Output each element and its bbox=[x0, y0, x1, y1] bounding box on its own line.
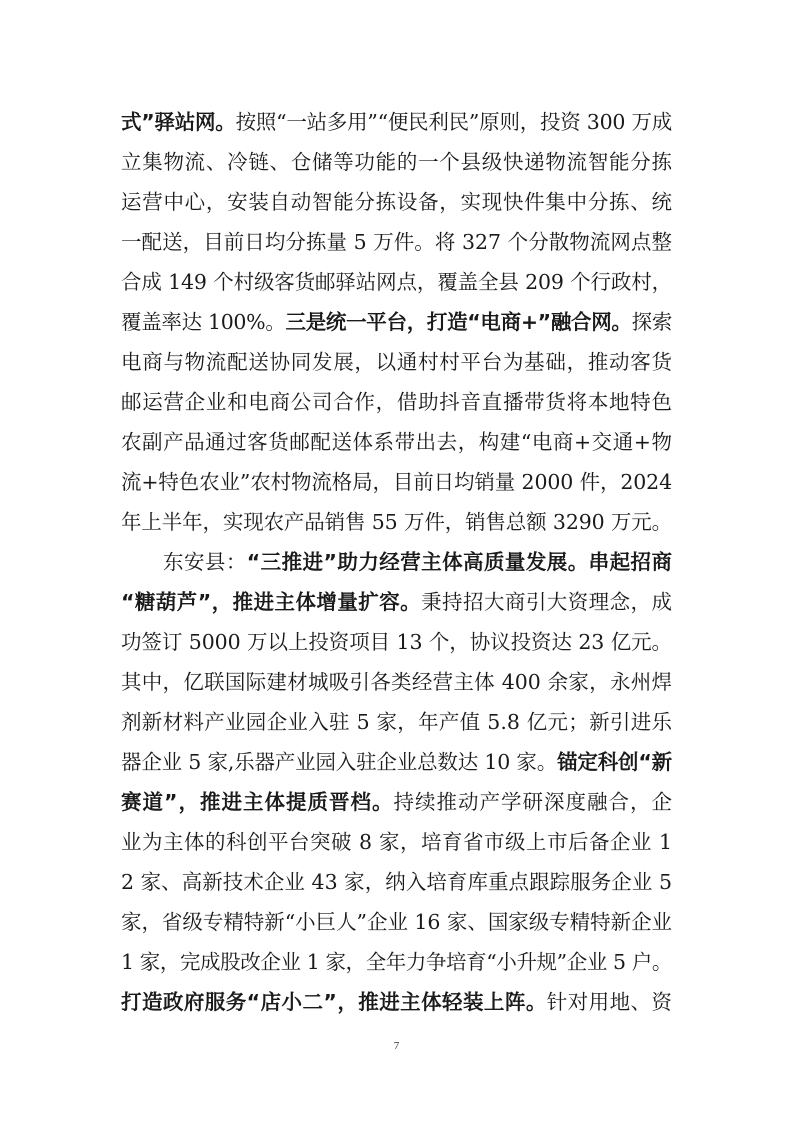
text-line: 一配送，目前日均分拣量 5 万件。将 327 个分散物流网点整 bbox=[121, 222, 672, 262]
text-line: “糖葫芦”，推进主体增量扩容。秉持招大商引大资理念，成 bbox=[121, 582, 672, 622]
text-line: 器企业 5 家,乐器产业园入驻企业总数达 10 家。锚定科创“新 bbox=[121, 742, 672, 782]
text-line: 式”驿站网。按照“一站多用”“便民利民”原则，投资 300 万成 bbox=[121, 102, 672, 142]
text-line: 邮运营企业和电商公司合作，借助抖音直播带货将本地特色 bbox=[121, 382, 672, 422]
page-number: 7 bbox=[0, 1040, 793, 1052]
text-run: 按照“一站多用”“便民利民”原则，投资 300 万成 bbox=[236, 110, 672, 134]
emphasis-run: 三是统一平台，打造“电商+”融合网。 bbox=[286, 310, 632, 334]
text-run: 农副产品通过客货邮配送体系带出去，构建“电商+交通+物 bbox=[121, 430, 672, 454]
emphasis-run: 式”驿站网。 bbox=[121, 110, 236, 134]
text-line: 流+特色农业”农村物流格局，目前日均销量 2000 件，2024 bbox=[121, 462, 672, 502]
text-run: 剂新材料产业园企业入驻 5 家，年产值 5.8 亿元；新引进乐 bbox=[121, 710, 672, 734]
text-line: 其中，亿联国际建材城吸引各类经营主体 400 余家，永州焊 bbox=[121, 662, 672, 702]
text-run: 秉持招大商引大资理念，成 bbox=[421, 590, 672, 614]
text-line: 运营中心，安装自动智能分拣设备，实现快件集中分拣、统 bbox=[121, 182, 672, 222]
text-run: 立集物流、冷链、仓储等功能的一个县级快递物流智能分拣 bbox=[121, 150, 672, 174]
text-line: 赛道”，推进主体提质晋档。持续推动产学研深度融合，企 bbox=[121, 782, 672, 822]
text-run: 器企业 5 家,乐器产业园入驻企业总数达 10 家。 bbox=[121, 750, 557, 774]
text-run: 运营中心，安装自动智能分拣设备，实现快件集中分拣、统 bbox=[121, 190, 672, 214]
text-line: 年上半年，实现农产品销售 55 万件，销售总额 3290 万元。 bbox=[121, 502, 672, 542]
text-line: 业为主体的科创平台突破 8 家，培育省市级上市后备企业 1 bbox=[121, 822, 672, 862]
text-run: 家，省级专精特新“小巨人”企业 16 家、国家级专精特新企业 bbox=[121, 910, 672, 934]
text-run: 2 家、高新技术企业 43 家，纳入培育库重点跟踪服务企业 5 bbox=[121, 870, 672, 894]
section-label: 东安县： bbox=[163, 550, 247, 574]
emphasis-run: “三推进”助力经营主体高质量发展。串起招商 bbox=[247, 550, 672, 574]
text-run: 覆盖率达 100%。 bbox=[121, 310, 286, 334]
text-run: 一配送，目前日均分拣量 5 万件。将 327 个分散物流网点整 bbox=[121, 230, 672, 254]
text-run: 流+特色农业”农村物流格局，目前日均销量 2000 件，2024 bbox=[121, 470, 672, 494]
text-run: 针对用地、资 bbox=[547, 990, 672, 1014]
text-line: 电商与物流配送协同发展，以通村村平台为基础，推动客货 bbox=[121, 342, 672, 382]
text-line: 立集物流、冷链、仓储等功能的一个县级快递物流智能分拣 bbox=[121, 142, 672, 182]
text-line: 剂新材料产业园企业入驻 5 家，年产值 5.8 亿元；新引进乐 bbox=[121, 702, 672, 742]
text-run: 年上半年，实现农产品销售 55 万件，销售总额 3290 万元。 bbox=[121, 510, 672, 534]
text-run: 1 家，完成股改企业 1 家，全年力争培育“小升规”企业 5 户。 bbox=[121, 950, 672, 974]
text-run: 功签订 5000 万以上投资项目 13 个，协议投资达 23 亿元。 bbox=[121, 630, 672, 654]
text-run: 其中，亿联国际建材城吸引各类经营主体 400 余家，永州焊 bbox=[121, 670, 672, 694]
text-run: 业为主体的科创平台突破 8 家，培育省市级上市后备企业 1 bbox=[121, 830, 672, 854]
text-run: 电商与物流配送协同发展，以通村村平台为基础，推动客货 bbox=[121, 350, 672, 374]
text-line: 打造政府服务“店小二”，推进主体轻装上阵。针对用地、资 bbox=[121, 982, 672, 1022]
text-line: 覆盖率达 100%。三是统一平台，打造“电商+”融合网。探索 bbox=[121, 302, 672, 342]
text-line: 1 家，完成股改企业 1 家，全年力争培育“小升规”企业 5 户。 bbox=[121, 942, 672, 982]
emphasis-run: 锚定科创“新 bbox=[557, 750, 672, 774]
emphasis-run: 打造政府服务“店小二”，推进主体轻装上阵。 bbox=[121, 990, 547, 1014]
text-line: 2 家、高新技术企业 43 家，纳入培育库重点跟踪服务企业 5 bbox=[121, 862, 672, 902]
text-run: 邮运营企业和电商公司合作，借助抖音直播带货将本地特色 bbox=[121, 390, 672, 414]
emphasis-run: 赛道”，推进主体提质晋档。 bbox=[121, 790, 393, 814]
document-page: 式”驿站网。按照“一站多用”“便民利民”原则，投资 300 万成立集物流、冷链、… bbox=[0, 0, 793, 1122]
text-line: 农副产品通过客货邮配送体系带出去，构建“电商+交通+物 bbox=[121, 422, 672, 462]
text-line: 家，省级专精特新“小巨人”企业 16 家、国家级专精特新企业 bbox=[121, 902, 672, 942]
body-text: 式”驿站网。按照“一站多用”“便民利民”原则，投资 300 万成立集物流、冷链、… bbox=[121, 102, 672, 1022]
text-run: 合成 149 个村级客货邮驿站网点，覆盖全县 209 个行政村， bbox=[121, 270, 672, 294]
text-line: 合成 149 个村级客货邮驿站网点，覆盖全县 209 个行政村， bbox=[121, 262, 672, 302]
text-line: 功签订 5000 万以上投资项目 13 个，协议投资达 23 亿元。 bbox=[121, 622, 672, 662]
text-run: 探索 bbox=[632, 310, 672, 334]
text-line: 东安县：“三推进”助力经营主体高质量发展。串起招商 bbox=[121, 542, 672, 582]
text-run: 持续推动产学研深度融合，企 bbox=[393, 790, 672, 814]
emphasis-run: “糖葫芦”，推进主体增量扩容。 bbox=[121, 590, 421, 614]
